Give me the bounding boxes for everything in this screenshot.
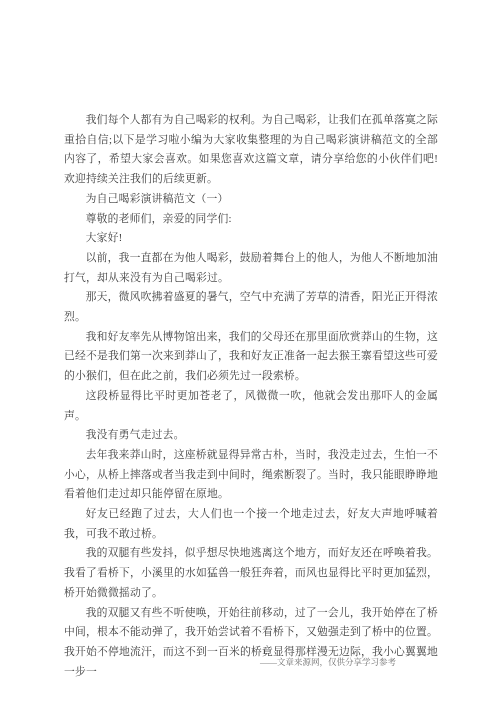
paragraph-body: 我的双腿有些发抖，似乎想尽快地逃离这个地方，而好友还在呼唤着我。我看了看桥下，小… xyxy=(64,544,438,603)
paragraph-intro: 我们每个人都有为自己喝彩的权利。为自己喝彩，让我们在孤单落寞之际重拾自信;以下是… xyxy=(64,111,438,190)
paragraph-body: 好友已经跑了过去，大人们也一个接一个地走过去，好友大声地呼喊着我，可我不敢过桥。 xyxy=(64,505,438,544)
document-body: 我们每个人都有为自己喝彩的权利。为自己喝彩，让我们在孤单落寞之际重拾自信;以下是… xyxy=(64,111,438,682)
page-number: 1 xyxy=(262,646,396,657)
paragraph-salutation: 尊敬的老师们，亲爱的同学们: xyxy=(64,210,438,230)
paragraph-body: 我的双腿又有些不听使唤，开始往前移动，过了一会儿，我开始停在了桥中间，根本不能动… xyxy=(64,604,438,683)
paragraph-body: 去年我来莽山时，这座桥就显得异常古朴，当时，我没走过去，生怕一不小心，从桥上摔落… xyxy=(64,446,438,505)
document-page: 我们每个人都有为自己喝彩的权利。为自己喝彩，让我们在孤单落寞之际重拾自信;以下是… xyxy=(0,0,500,707)
paragraph-subtitle: 为自己喝彩演讲稿范文（一） xyxy=(64,190,438,210)
paragraph-body: 这段桥显得比平时更加苍老了，风微微一吹，他就会发出那吓人的金属声。 xyxy=(64,387,438,426)
footer-source-note: ——文章来源网，仅供分享学习参考 xyxy=(260,657,396,668)
paragraph-body: 那天，微风吹拂着盛夏的暑气，空气中充满了芳草的清香，阳光正开得浓烈。 xyxy=(64,288,438,327)
paragraph-body: 我和好友率先从博物馆出来，我们的父母还在那里面欣赏莽山的生物，这已经不是我们第一… xyxy=(64,328,438,387)
paragraph-body: 我没有勇气走过去。 xyxy=(64,426,438,446)
paragraph-greeting: 大家好! xyxy=(64,229,438,249)
page-footer: 1 ——文章来源网，仅供分享学习参考 xyxy=(260,646,396,668)
paragraph-body: 以前，我一直都在为他人喝彩，鼓励着舞台上的他人，为他人不断地加油打气，却从来没有… xyxy=(64,249,438,288)
